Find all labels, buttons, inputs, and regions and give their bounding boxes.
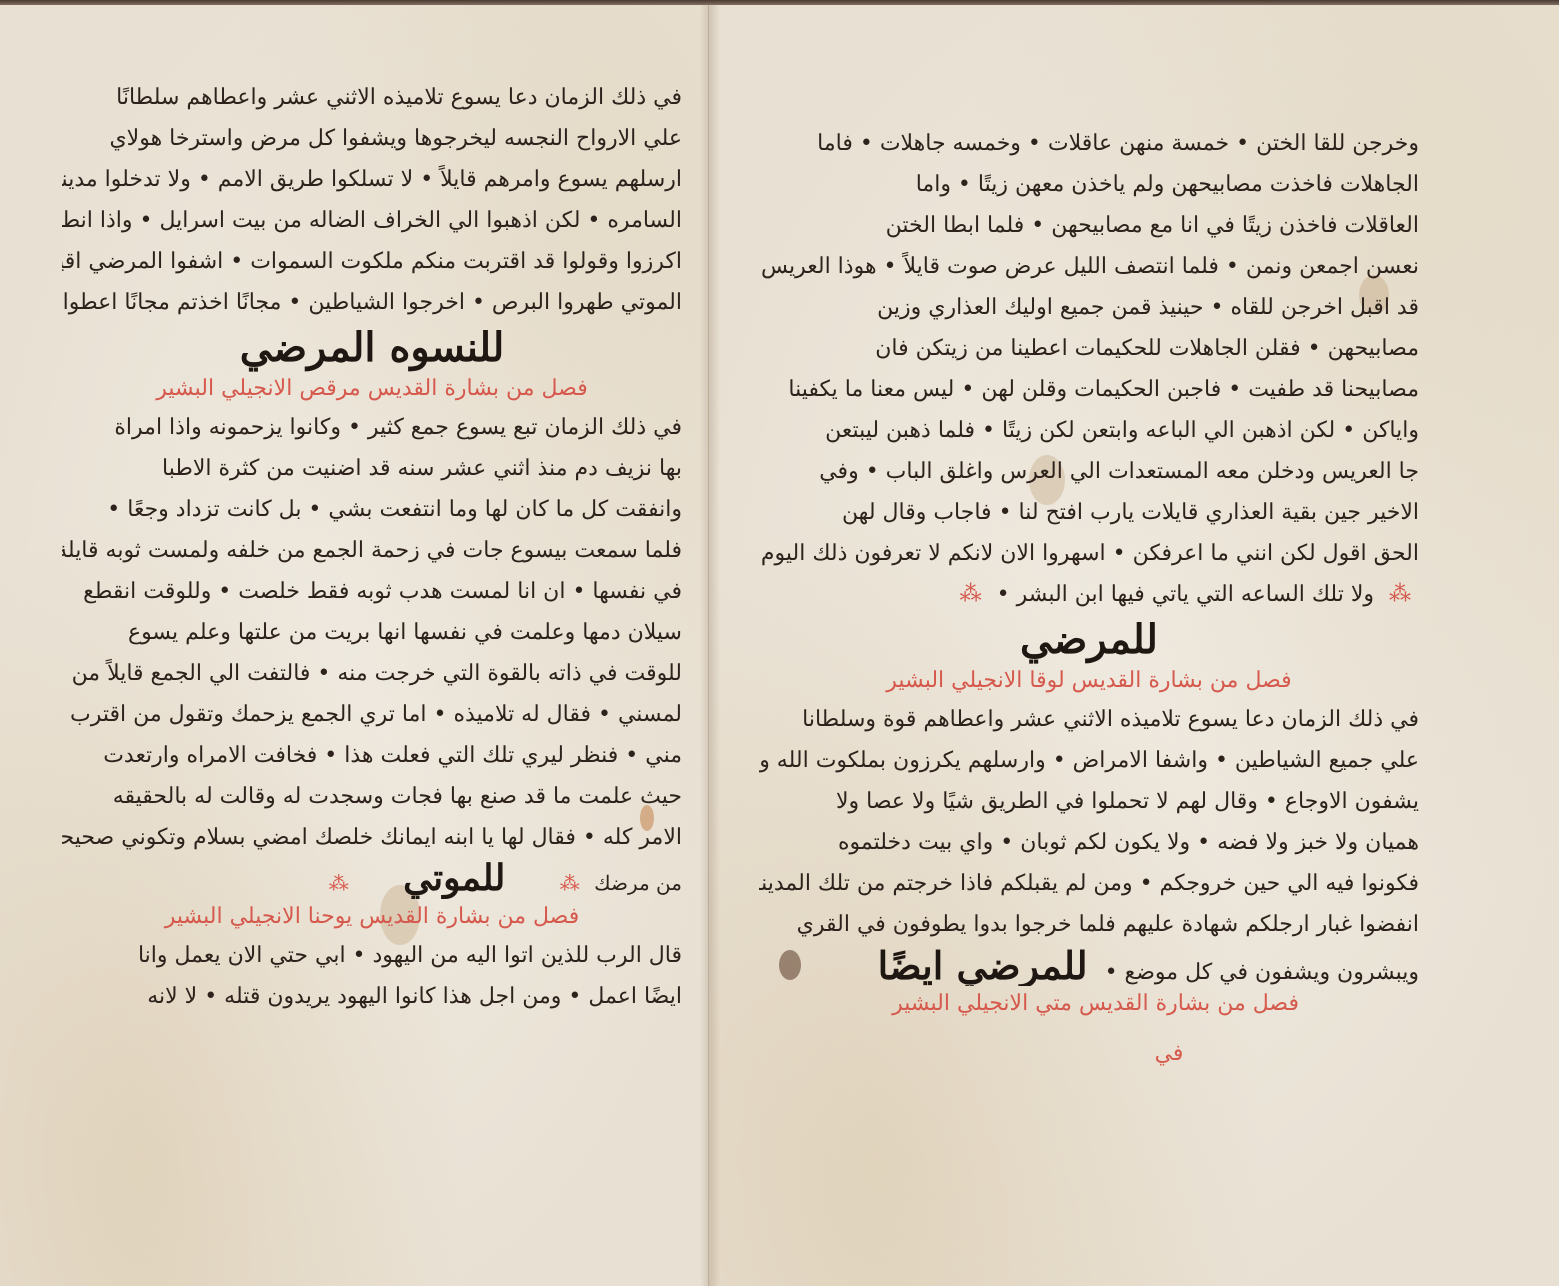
text-line: في ذلك الزمان تبع يسوع جمع كثير • وكانوا… xyxy=(62,407,682,448)
text-line: بها نزيف دم منذ اثني عشر سنه قد اضنيت من… xyxy=(62,448,682,489)
text-line: ⁂ ولا تلك الساعه التي ياتي فيها ابن البش… xyxy=(759,574,1419,615)
text-line: السامره • لكن اذهبوا الي الخراف الضاله م… xyxy=(62,200,682,241)
text-line: ارسلهم يسوع وامرهم قايلاً • لا تسلكوا طر… xyxy=(62,159,682,200)
text-line: علي جميع الشياطين • واشفا الامراض • وارس… xyxy=(759,740,1419,781)
section-rubric: فصل من بشارة القديس متي الانجيلي البشير xyxy=(759,986,1419,1022)
text-line: جا العريس ودخلن معه المستعدات الي العرس … xyxy=(759,451,1419,492)
right-page-text: وخرجن للقا الختن • خمسة منهن عاقلات • وخ… xyxy=(759,123,1419,1072)
closing-line: من مرضك ⁂ للموتي ⁂ xyxy=(62,858,682,899)
text-line: قال الرب للذين اتوا اليه من اليهود • ابي… xyxy=(62,935,682,976)
ornament-icon: ⁂ xyxy=(960,582,982,607)
ornament-icon: ⁂ xyxy=(329,871,349,895)
text-line: سيلان دمها وعلمت في نفسها انها بريت من ع… xyxy=(62,612,682,653)
section-rubric: فصل من بشارة القديس لوقا الانجيلي البشير xyxy=(759,663,1419,699)
text-line: قد اقبل اخرجن للقاه • حينيذ قمن جميع اول… xyxy=(759,287,1419,328)
text-line: ويبشرون ويشفون في كل موضع • للمرضي ايضًا xyxy=(759,945,1419,986)
section-heading: للموتي xyxy=(403,858,505,899)
text-line: مصابيحنا قد طفيت • فاجبن الحكيمات وقلن ل… xyxy=(759,369,1419,410)
text-line: اكرزوا وقولوا قد اقتربت منكم ملكوت السمو… xyxy=(62,241,682,282)
text-line: وخرجن للقا الختن • خمسة منهن عاقلات • وخ… xyxy=(759,123,1419,164)
text-line: يشفون الاوجاع • وقال لهم لا تحملوا في ال… xyxy=(759,781,1419,822)
text-content: ويبشرون ويشفون في كل موضع • xyxy=(1105,960,1419,985)
text-line: فكونوا فيه الي حين خروجكم • ومن لم يقبلك… xyxy=(759,863,1419,904)
text-line: في نفسها • ان انا لمست هدب ثوبه فقط خلصت… xyxy=(62,571,682,612)
section-heading: للمرضي xyxy=(759,615,1419,663)
manuscript-spread: في ذلك الزمان دعا يسوع تلاميذه الاثني عش… xyxy=(0,5,1559,1286)
left-page: في ذلك الزمان دعا يسوع تلاميذه الاثني عش… xyxy=(0,5,709,1286)
text-line: لمسني • فقال له تلاميذه • اما تري الجمع … xyxy=(62,694,682,735)
section-heading: للمرضي ايضًا xyxy=(878,945,1088,986)
text-line: ايضًا اعمل • ومن اجل هذا كانوا اليهود ير… xyxy=(62,976,682,1017)
text-line: مصابيحهن • فقلن الجاهلات للحكيمات اعطينا… xyxy=(759,328,1419,369)
catchword: في xyxy=(759,1036,1419,1072)
text-line: واياكن • لكن اذهبن الي الباعه وابتعن لكن… xyxy=(759,410,1419,451)
text-line: نعسن اجمعن ونمن • فلما انتصف الليل عرض ص… xyxy=(759,246,1419,287)
text-line: الحق اقول لكن انني ما اعرفكن • اسهروا ال… xyxy=(759,533,1419,574)
text-line: مني • فنظر ليري تلك التي فعلت هذا • فخاف… xyxy=(62,735,682,776)
text-line: في ذلك الزمان دعا يسوع تلاميذه الاثني عش… xyxy=(759,699,1419,740)
closing-text: من مرضك xyxy=(594,871,682,895)
text-line: الامر كله • فقال لها يا ابنه ايمانك خلصك… xyxy=(62,817,682,858)
ornament-icon: ⁂ xyxy=(560,871,580,895)
text-line: علي الارواح النجسه ليخرجوها ويشفوا كل مر… xyxy=(62,118,682,159)
text-line: الموتي طهروا البرص • اخرجوا الشياطين • م… xyxy=(62,282,682,323)
text-line: انفضوا غبار ارجلكم شهادة عليهم فلما خرجو… xyxy=(759,904,1419,945)
text-line: الاخير جين بقية العذاري قايلات يارب افتح… xyxy=(759,492,1419,533)
ornament-icon: ⁂ xyxy=(1389,582,1411,607)
right-page: وخرجن للقا الختن • خمسة منهن عاقلات • وخ… xyxy=(709,5,1559,1286)
text-line: في ذلك الزمان دعا يسوع تلاميذه الاثني عش… xyxy=(62,77,682,118)
section-rubric: فصل من بشارة القديس يوحنا الانجيلي البشي… xyxy=(62,899,682,935)
left-page-text: في ذلك الزمان دعا يسوع تلاميذه الاثني عش… xyxy=(62,77,682,1017)
text-line: للوقت في ذاته بالقوة التي خرجت منه • فال… xyxy=(62,653,682,694)
text-line: هميان ولا خبز ولا فضه • ولا يكون لكم ثوب… xyxy=(759,822,1419,863)
text-line: فلما سمعت بيسوع جات في زحمة الجمع من خلف… xyxy=(62,530,682,571)
section-rubric: فصل من بشارة القديس مرقص الانجيلي البشير xyxy=(62,371,682,407)
text-content: ولا تلك الساعه التي ياتي فيها ابن البشر … xyxy=(997,582,1374,607)
text-line: حيث علمت ما قد صنع بها فجات وسجدت له وقا… xyxy=(62,776,682,817)
text-line: وانفقت كل ما كان لها وما انتفعت بشي • بل… xyxy=(62,489,682,530)
text-line: الجاهلات فاخذت مصابيحهن ولم ياخذن معهن ز… xyxy=(759,164,1419,205)
text-line: العاقلات فاخذن زيتًا في انا مع مصابيحهن … xyxy=(759,205,1419,246)
section-heading: للنسوه المرضي xyxy=(62,323,682,371)
